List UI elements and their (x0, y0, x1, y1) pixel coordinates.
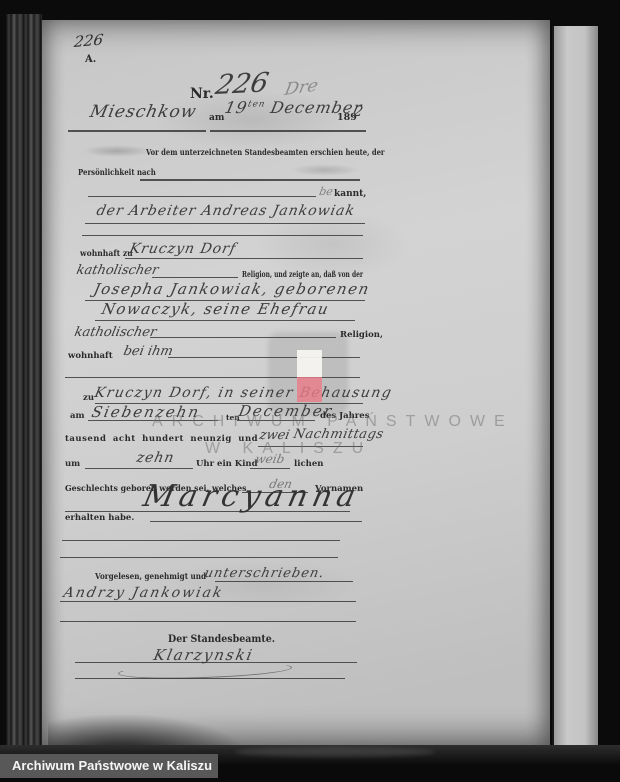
record-date-suffix: ten (247, 100, 267, 110)
form-rule (62, 540, 340, 541)
religion1-label: Religion, und zeigte an, daß von der (242, 270, 363, 280)
book-page-edges (6, 14, 42, 748)
be-hand: be (318, 185, 334, 198)
form-rule (60, 557, 338, 558)
form-rule (140, 179, 360, 181)
watermark-flag-red (297, 377, 322, 402)
unterschrieben-entry: unterschrieben. (203, 566, 326, 581)
kannt-label: kannt, (334, 189, 366, 199)
form-rule (152, 277, 238, 278)
scan-viewport: 226 A. Nr. 226 Dre Mieschkow am 19ten De… (0, 0, 620, 782)
birth-place-entry: Kruczyn Dorf, in seiner Behausung (93, 385, 394, 401)
archive-name-bar: Archiwum Państwowe w Kaliszu (0, 754, 218, 778)
record-place: Mieschkow (88, 102, 198, 122)
am-label: am (209, 113, 224, 123)
declarant-name: der Arbeiter Andreas Jankowiak (95, 203, 357, 219)
facing-page-edge (552, 26, 598, 745)
corner-number: 226 (73, 31, 104, 51)
form-rule (60, 621, 356, 622)
form-rule (125, 258, 363, 259)
record-number-value: 226 (213, 67, 271, 101)
form-rule (150, 521, 362, 522)
vorgelesen-label: Vorgelesen, genehmigt und (95, 572, 206, 582)
form-rule (215, 581, 353, 582)
record-date-day: 19 (223, 98, 249, 117)
um-label: um (65, 459, 80, 469)
watermark-text-line2: W KALISZU (205, 440, 372, 458)
form-rule (65, 511, 350, 512)
record-number-label: Nr. (190, 86, 214, 102)
uhr-label: Uhr ein Kind (196, 459, 258, 469)
form-rule (85, 223, 365, 224)
form-rule (60, 601, 356, 602)
form-rule (88, 196, 316, 197)
residence-entry: Kruczyn Dorf (128, 241, 238, 257)
ink-smudge (290, 164, 360, 176)
mother-name-line1: Josepha Jankowiak, geborenen (92, 280, 372, 298)
watermark-flag-white (297, 350, 322, 377)
religion1-entry: katholischer (75, 263, 160, 278)
zu-label: zu (83, 393, 94, 403)
religion2-entry: katholischer (73, 325, 158, 340)
form-rule (95, 320, 355, 321)
am-label-2: am (70, 411, 85, 421)
form-rule (82, 235, 363, 236)
wohnhaft-label: wohnhaft (68, 351, 113, 361)
archive-name-label: Archiwum Państwowe w Kaliszu (12, 758, 212, 773)
lichen-label: lichen (294, 459, 323, 469)
registrar-title: Der Standesbeamte. (168, 633, 275, 645)
form-rule (250, 468, 290, 469)
declarant-signature: Andrzy Jankowiak (62, 585, 225, 601)
band-highlight (235, 747, 435, 757)
child-name-entry: Marcyanna (140, 479, 364, 514)
erhalten-label: erhalten habe. (65, 513, 134, 523)
corner-letter: A. (85, 54, 96, 65)
ink-smudge (82, 145, 152, 157)
bei-ihm-entry: bei ihm (122, 344, 174, 359)
persoenlichkeit-label: Persönlichkeit nach (78, 168, 156, 178)
intro-line: Vor dem unterzeichneten Standesbeamten e… (146, 148, 385, 158)
hour-entry: zehn (135, 450, 176, 466)
form-rule (68, 130, 206, 132)
form-rule (210, 130, 366, 132)
mother-name-line2: Nowaczyk, seine Ehefrau (100, 300, 331, 318)
form-rule (85, 468, 193, 469)
form-rule (75, 678, 345, 679)
